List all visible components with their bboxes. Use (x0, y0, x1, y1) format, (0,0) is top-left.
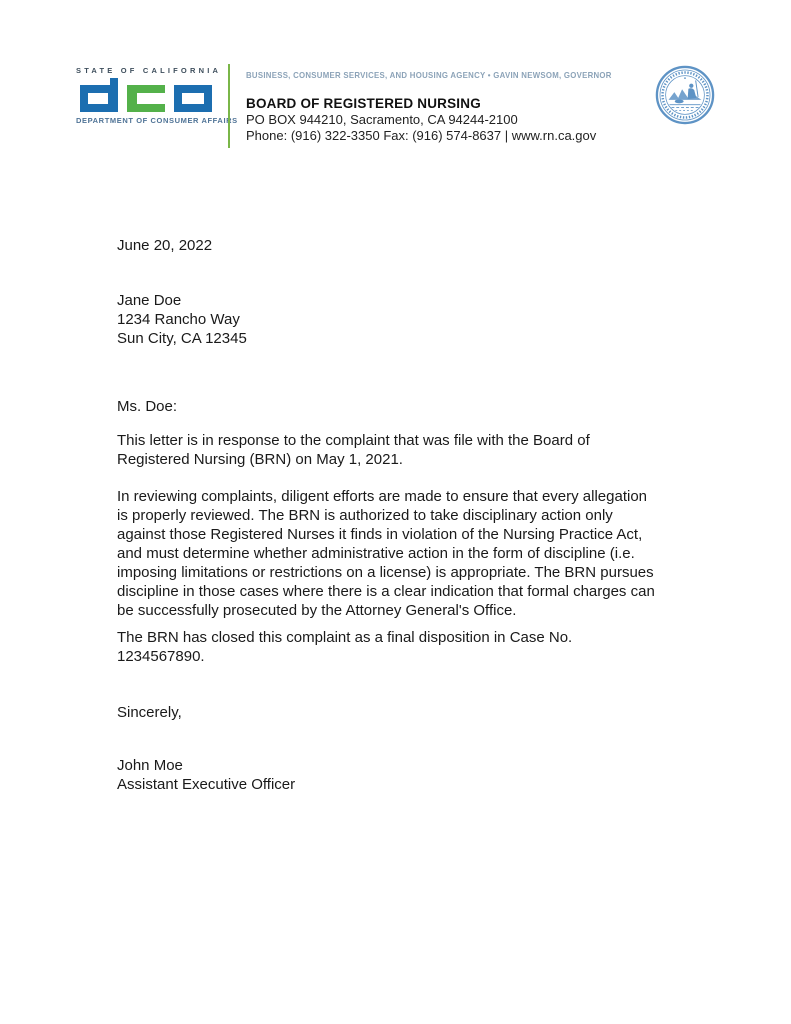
california-state-seal-icon (654, 64, 716, 126)
letter-date: June 20, 2022 (117, 236, 692, 255)
header-divider (228, 64, 230, 148)
paragraph-review-process: In reviewing complaints, diligent effort… (117, 487, 692, 620)
paragraph-case-closed: The BRN has closed this complaint as a f… (117, 628, 692, 666)
board-address: PO BOX 944210, Sacramento, CA 94244-2100 (246, 112, 666, 127)
dca-logo-icon (78, 78, 214, 112)
recipient-address-block: Jane Doe 1234 Rancho Way Sun City, CA 12… (117, 291, 692, 348)
letter-page: STATE OF CALIFORNIA DEPARTMENT OF CONSUM… (0, 0, 791, 1024)
paragraph-intro: This letter is in response to the compla… (117, 431, 692, 469)
dca-logo-block: STATE OF CALIFORNIA DEPARTMENT OF CONSUM… (76, 66, 216, 125)
state-of-california-label: STATE OF CALIFORNIA (76, 66, 216, 75)
department-of-consumer-affairs-label: DEPARTMENT OF CONSUMER AFFAIRS (76, 116, 216, 125)
salutation: Ms. Doe: (117, 397, 692, 416)
agency-governor-line: BUSINESS, CONSUMER SERVICES, AND HOUSING… (246, 70, 632, 80)
board-contact-line: Phone: (916) 322-3350 Fax: (916) 574-863… (246, 128, 666, 143)
signature-block: John Moe Assistant Executive Officer (117, 756, 692, 794)
closing-sincerely: Sincerely, (117, 703, 692, 722)
letterhead-text-block: BUSINESS, CONSUMER SERVICES, AND HOUSING… (246, 70, 666, 143)
board-name: BOARD OF REGISTERED NURSING (246, 96, 666, 111)
